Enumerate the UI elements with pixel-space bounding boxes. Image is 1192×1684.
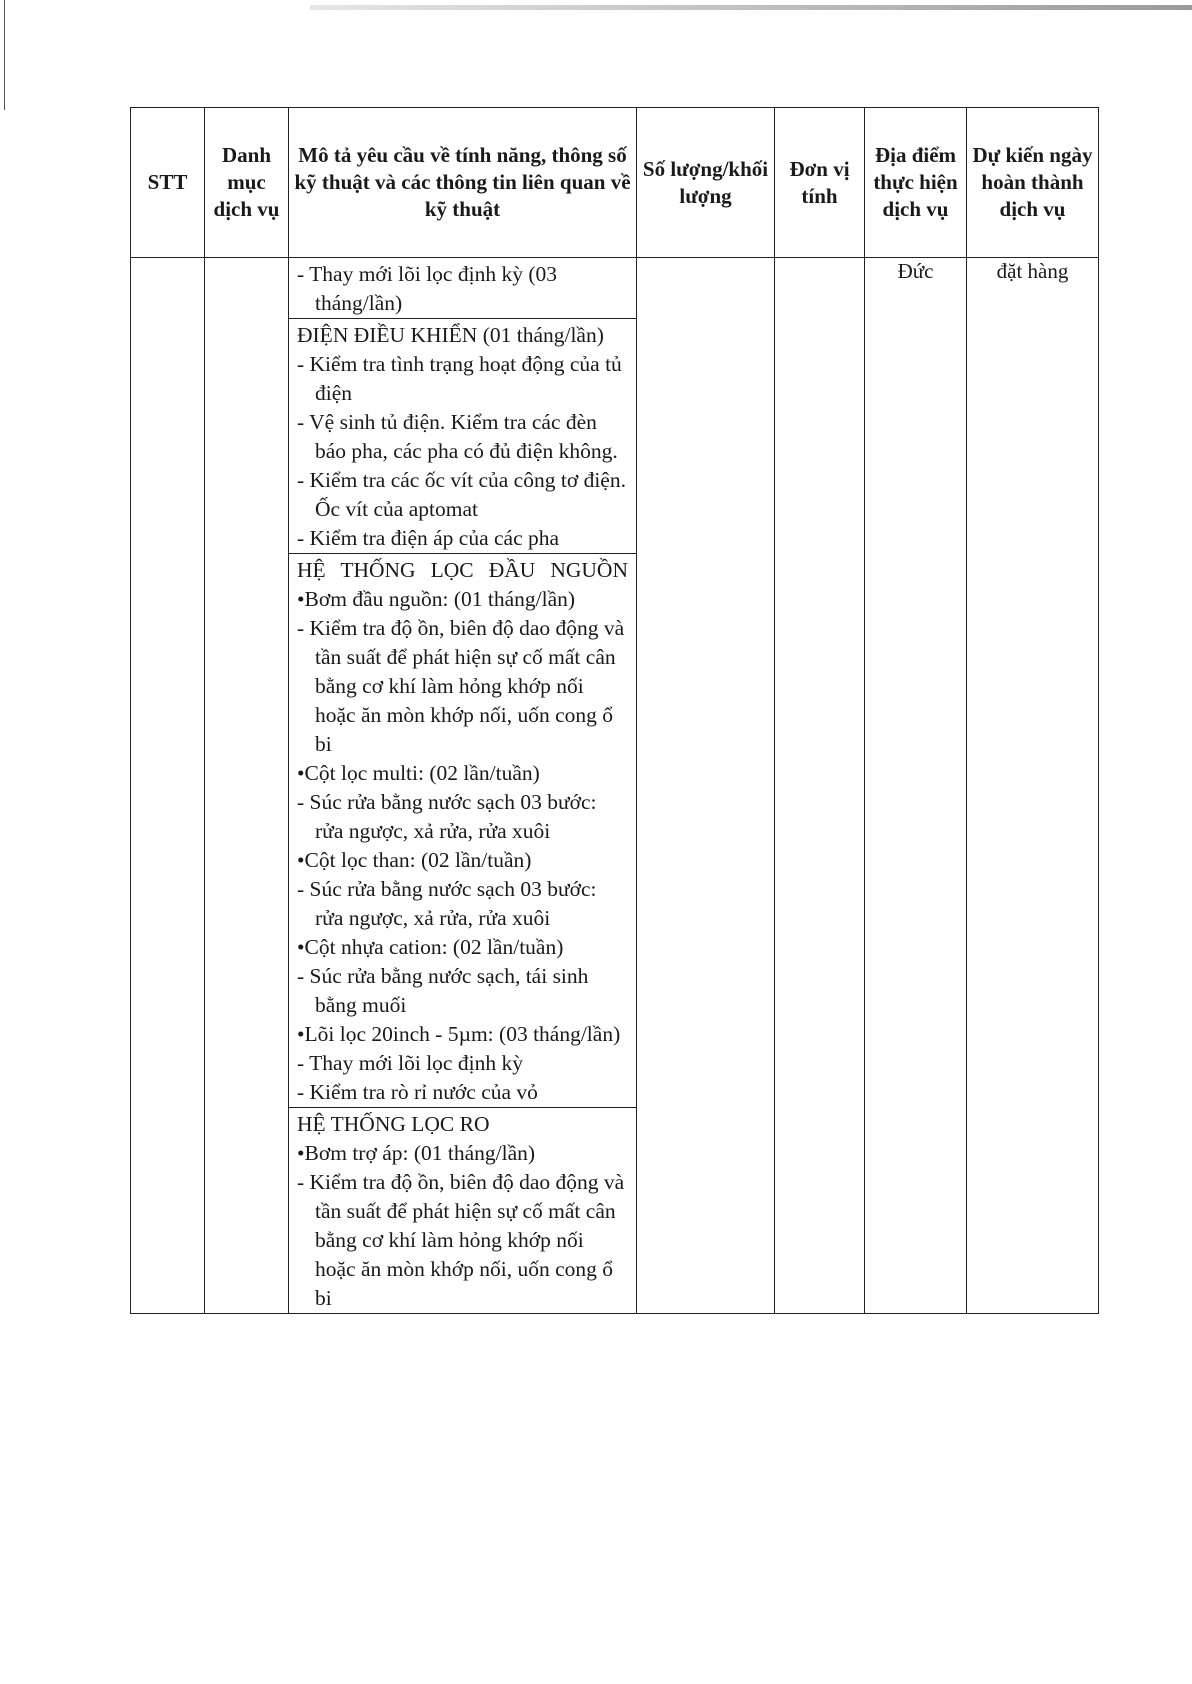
dash-item: - Kiểm tra điện áp của các pha — [297, 524, 628, 553]
section-heading: HỆ THỐNG LỌC ĐẦU NGUỒN — [297, 556, 628, 585]
header-dia-diem: Địa điểm thực hiện dịch vụ — [865, 108, 967, 258]
cell-don-vi — [775, 258, 865, 1314]
dash-item: - Vệ sinh tủ điện. Kiểm tra các đèn báo … — [297, 408, 628, 466]
cell-dia-diem: Đức — [865, 258, 967, 1314]
header-don-vi: Đơn vị tính — [775, 108, 865, 258]
dash-item: - Súc rửa bằng nước sạch 03 bước: rửa ng… — [297, 875, 628, 933]
service-spec-table: STT Danh mục dịch vụ Mô tả yêu cầu về tí… — [130, 107, 1099, 1314]
bullet-item: •Cột nhựa cation: (02 lần/tuần) — [297, 933, 628, 962]
bullet-item: •Cột lọc multi: (02 lần/tuần) — [297, 759, 628, 788]
bullet-item: •Bơm trợ áp: (01 tháng/lần) — [297, 1139, 628, 1168]
header-mo-ta: Mô tả yêu cầu về tính năng, thông số kỹ … — [289, 108, 637, 258]
cell-so-luong — [637, 258, 775, 1314]
dash-item: - Súc rửa bằng nước sạch 03 bước: rửa ng… — [297, 788, 628, 846]
dash-item: - Kiểm tra độ ồn, biên độ dao động và tầ… — [297, 1168, 628, 1313]
dash-item: - Kiểm tra tình trạng hoạt động của tủ đ… — [297, 350, 628, 408]
bullet-item: •Lõi lọc 20inch - 5µm: (03 tháng/lần) — [297, 1020, 628, 1049]
scan-edge-shadow — [310, 5, 1192, 10]
header-stt: STT — [131, 108, 205, 258]
cell-danh-muc — [205, 258, 289, 1314]
table-header-row: STT Danh mục dịch vụ Mô tả yêu cầu về tí… — [131, 108, 1099, 258]
bullet-item: •Cột lọc than: (02 lần/tuần) — [297, 846, 628, 875]
dash-item: - Thay mới lõi lọc định kỳ (03 tháng/lần… — [297, 260, 628, 318]
description-block: ĐIỆN ĐIỀU KHIỂN (01 tháng/lần)- Kiểm tra… — [289, 319, 636, 554]
section-heading: HỆ THỐNG LỌC RO — [297, 1110, 628, 1139]
dash-item: - Súc rửa bằng nước sạch, tái sinh bằng … — [297, 962, 628, 1020]
cell-du-kien: đặt hàng — [967, 258, 1099, 1314]
description-blocks: - Thay mới lõi lọc định kỳ (03 tháng/lần… — [289, 258, 636, 1313]
description-block: HỆ THỐNG LỌC RO•Bơm trợ áp: (01 tháng/lầ… — [289, 1108, 636, 1313]
dash-item: - Thay mới lõi lọc định kỳ — [297, 1049, 628, 1078]
scan-left-edge — [4, 0, 5, 110]
table-row: - Thay mới lõi lọc định kỳ (03 tháng/lần… — [131, 258, 1099, 1314]
header-danh-muc: Danh mục dịch vụ — [205, 108, 289, 258]
cell-stt — [131, 258, 205, 1314]
description-block: - Thay mới lõi lọc định kỳ (03 tháng/lần… — [289, 258, 636, 319]
header-so-luong: Số lượng/khối lượng — [637, 108, 775, 258]
dash-item: - Kiểm tra rò rỉ nước của vỏ — [297, 1078, 628, 1107]
dash-item: - Kiểm tra các ốc vít của công tơ điện. … — [297, 466, 628, 524]
description-block: HỆ THỐNG LỌC ĐẦU NGUỒN•Bơm đầu nguồn: (0… — [289, 554, 636, 1108]
dash-item: - Kiểm tra độ ồn, biên độ dao động và tầ… — [297, 614, 628, 759]
cell-mo-ta: - Thay mới lõi lọc định kỳ (03 tháng/lần… — [289, 258, 637, 1314]
bullet-item: •Bơm đầu nguồn: (01 tháng/lần) — [297, 585, 628, 614]
header-du-kien: Dự kiến ngày hoàn thành dịch vụ — [967, 108, 1099, 258]
section-heading: ĐIỆN ĐIỀU KHIỂN (01 tháng/lần) — [297, 321, 628, 350]
